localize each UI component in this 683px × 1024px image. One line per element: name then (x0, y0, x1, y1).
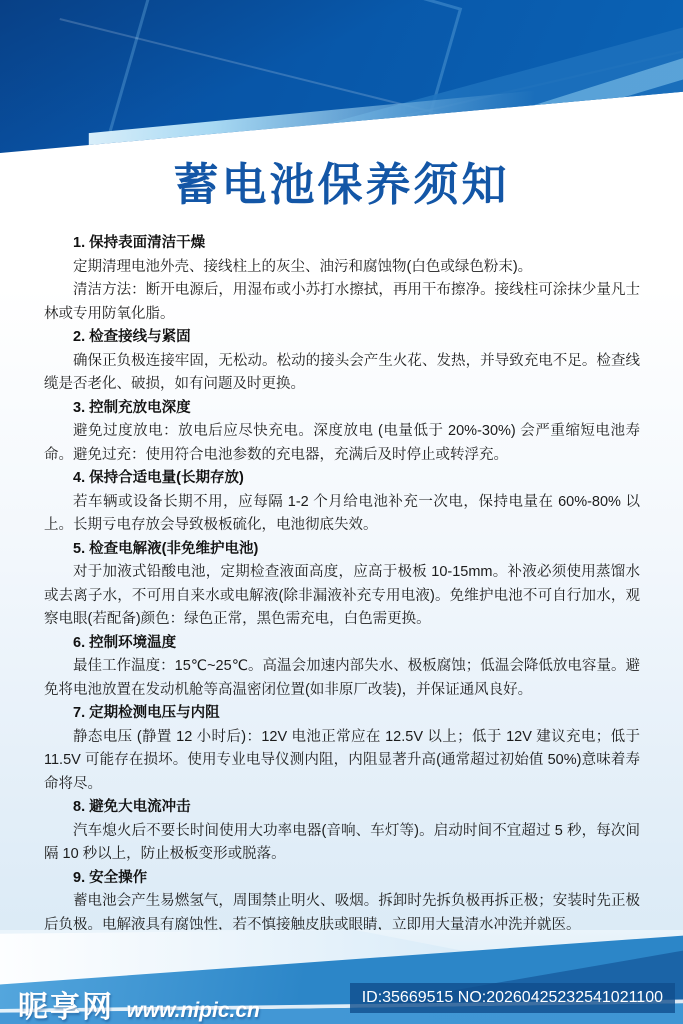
section-paragraph: 避免过度放电：放电后应尽快充电。深度放电 (电量低于 20%-30%) 会严重缩… (44, 420, 640, 467)
section-heading: 4. 保持合适电量(长期存放) (44, 467, 640, 491)
content-body: 1. 保持表面清洁干燥定期清理电池外壳、接线柱上的灰尘、油污和腐蚀物(白色或绿色… (44, 232, 640, 937)
section-6: 6. 控制环境温度最佳工作温度：15℃~25℃。高温会加速内部失水、极板腐蚀；低… (44, 632, 640, 703)
section-paragraph: 静态电压 (静置 12 小时后)：12V 电池正常应在 12.5V 以上；低于 … (44, 726, 640, 797)
section-heading: 7. 定期检测电压与内阻 (44, 702, 640, 726)
section-3: 3. 控制充放电深度避免过度放电：放电后应尽快充电。深度放电 (电量低于 20%… (44, 397, 640, 468)
poster-page: 蓄电池保养须知 1. 保持表面清洁干燥定期清理电池外壳、接线柱上的灰尘、油污和腐… (0, 0, 683, 1024)
site-logo-name: 昵享网 (18, 991, 114, 1024)
section-paragraph: 清洁方法：断开电源后，用湿布或小苏打水擦拭，再用干布擦净。接线柱可涂抹少量凡士林… (44, 279, 640, 326)
site-logo: 昵享网 www.nipic.cn (18, 982, 260, 1024)
section-1: 1. 保持表面清洁干燥定期清理电池外壳、接线柱上的灰尘、油污和腐蚀物(白色或绿色… (44, 232, 640, 326)
section-heading: 1. 保持表面清洁干燥 (44, 232, 640, 256)
site-logo-url: www.nipic.cn (126, 999, 259, 1022)
section-9: 9. 安全操作蓄电池会产生易燃氢气，周围禁止明火、吸烟。拆卸时先拆负极再拆正极；… (44, 867, 640, 938)
section-heading: 6. 控制环境温度 (44, 632, 640, 656)
section-heading: 5. 检查电解液(非免维护电池) (44, 538, 640, 562)
section-paragraph: 若车辆或设备长期不用，应每隔 1-2 个月给电池补充一次电，保持电量在 60%-… (44, 491, 640, 538)
section-8: 8. 避免大电流冲击汽车熄火后不要长时间使用大功率电器(音响、车灯等)。启动时间… (44, 796, 640, 867)
header-banner (0, 0, 683, 153)
section-heading: 2. 检查接线与紧固 (44, 326, 640, 350)
section-paragraph: 最佳工作温度：15℃~25℃。高温会加速内部失水、极板腐蚀；低温会降低放电容量。… (44, 655, 640, 702)
section-paragraph: 确保正负极连接牢固，无松动。松动的接头会产生火花、发热，并导致充电不足。检查线缆… (44, 350, 640, 397)
footer-banner: 昵享网 www.nipic.cn ID:35669515 NO:20260425… (0, 930, 683, 1024)
section-heading: 3. 控制充放电深度 (44, 397, 640, 421)
section-7: 7. 定期检测电压与内阻静态电压 (静置 12 小时后)：12V 电池正常应在 … (44, 702, 640, 796)
section-2: 2. 检查接线与紧固确保正负极连接牢固，无松动。松动的接头会产生火花、发热，并导… (44, 326, 640, 397)
section-heading: 8. 避免大电流冲击 (44, 796, 640, 820)
section-5: 5. 检查电解液(非免维护电池)对于加液式铅酸电池，定期检查液面高度，应高于极板… (44, 538, 640, 632)
page-title: 蓄电池保养须知 (0, 148, 683, 213)
section-paragraph: 对于加液式铅酸电池，定期检查液面高度，应高于极板 10-15mm。补液必须使用蒸… (44, 561, 640, 632)
section-paragraph: 定期清理电池外壳、接线柱上的灰尘、油污和腐蚀物(白色或绿色粉末)。 (44, 256, 640, 280)
section-paragraph: 汽车熄火后不要长时间使用大功率电器(音响、车灯等)。启动时间不宜超过 5 秒，每… (44, 820, 640, 867)
image-id-badge: ID:35669515 NO:20260425232541021100 (350, 983, 675, 1013)
section-4: 4. 保持合适电量(长期存放)若车辆或设备长期不用，应每隔 1-2 个月给电池补… (44, 467, 640, 538)
section-heading: 9. 安全操作 (44, 867, 640, 891)
